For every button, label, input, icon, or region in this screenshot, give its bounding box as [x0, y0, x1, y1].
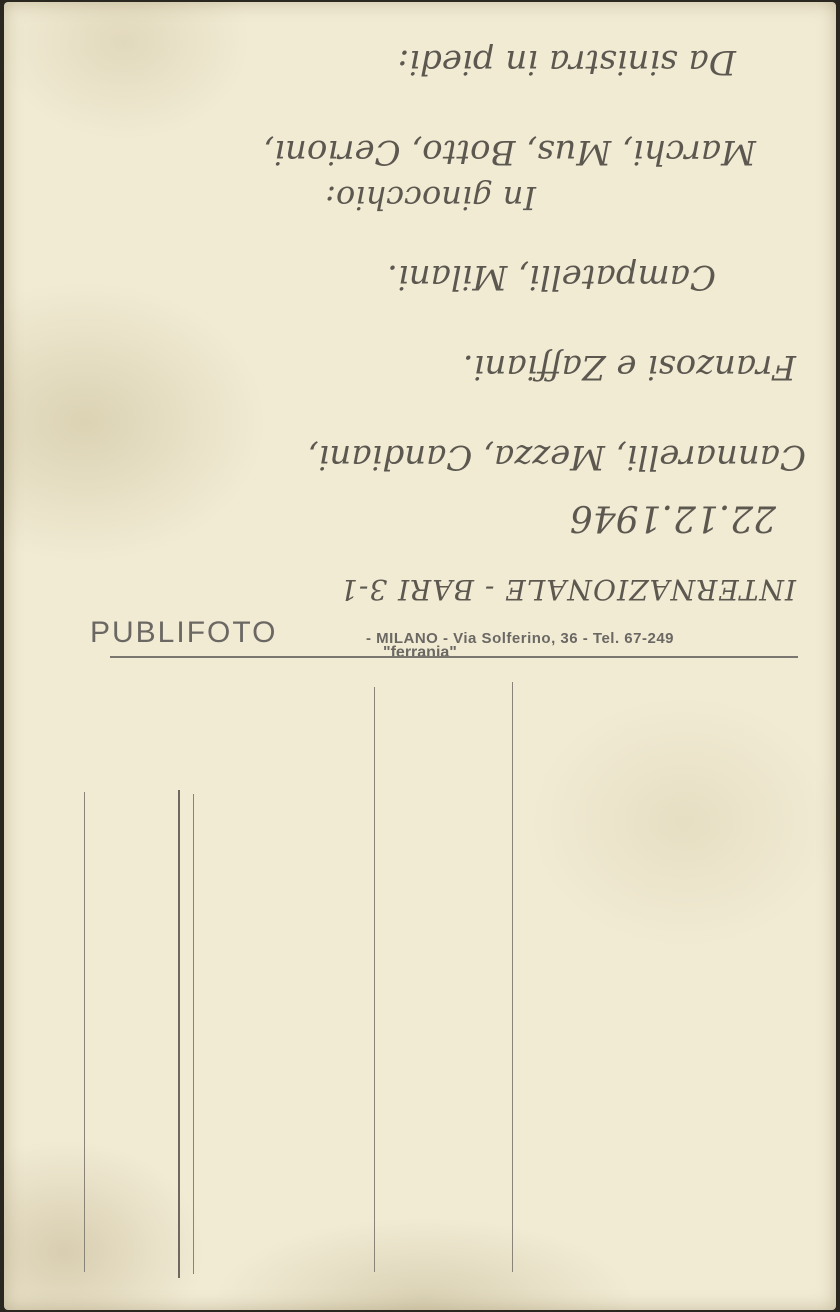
photographer-stamp: PUBLIFOTO - MILANO - Via Solferino, 36 -… [90, 614, 800, 674]
names-line-4: Marchi, Mus, Botto, Cerioni, [263, 132, 756, 172]
divider-line [193, 794, 194, 1274]
standing-label: Da sinistra in piedi: [398, 42, 736, 82]
stamp-ferrania: "ferrania" [383, 644, 457, 662]
postcard-back: INTERNAZIONALE - BARI 3-1 22.12.1946 Can… [4, 2, 836, 1310]
kneeling-label: In ginocchio: [325, 179, 536, 217]
names-line-1: Cannarelli, Mezza, Candiani, [308, 437, 806, 477]
divider-line [84, 792, 85, 1272]
match-date: 22.12.1946 [570, 497, 776, 538]
names-line-2: Franzosi e Zaffiani. [463, 347, 796, 387]
stamp-underline [110, 656, 798, 658]
divider-line [374, 687, 375, 1272]
match-title: INTERNAZIONALE - BARI 3-1 [339, 573, 796, 606]
divider-line [178, 790, 180, 1278]
stamp-brand: PUBLIFOTO [90, 616, 277, 650]
names-line-3: Campatelli, Milani. [387, 257, 716, 297]
handwritten-caption: INTERNAZIONALE - BARI 3-1 22.12.1946 Can… [4, 42, 836, 642]
divider-line [512, 682, 513, 1272]
